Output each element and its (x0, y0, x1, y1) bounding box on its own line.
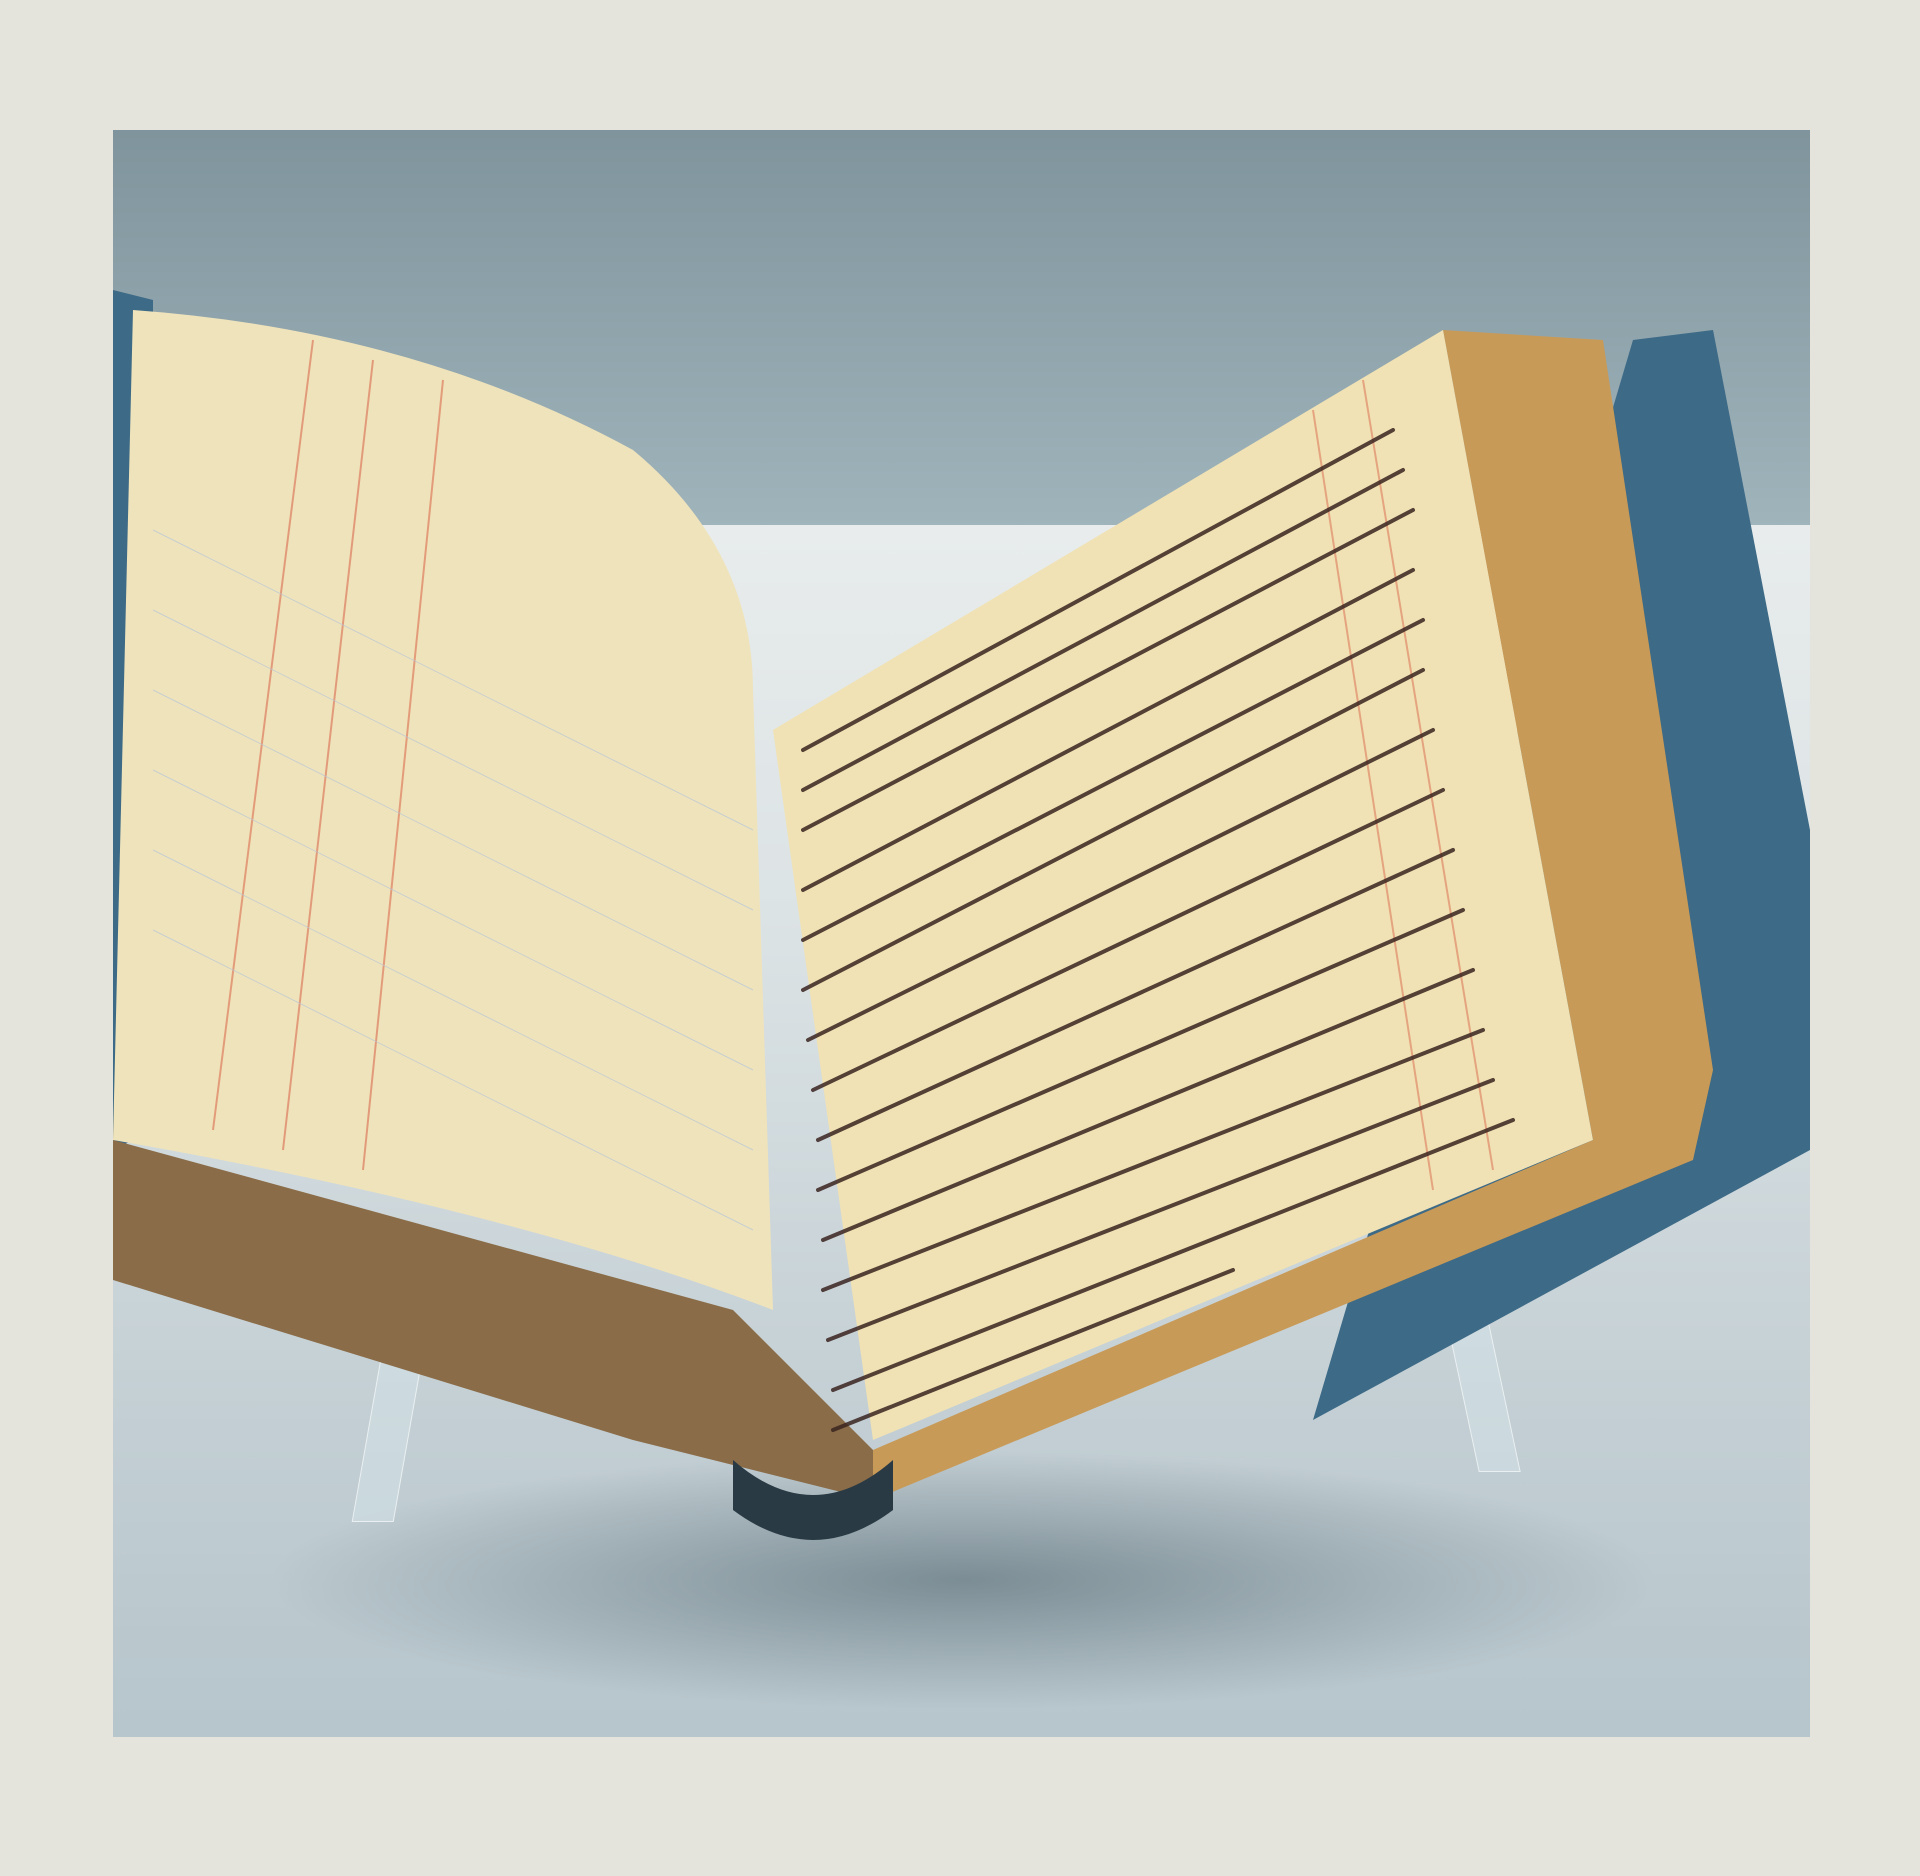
open-notebook (113, 130, 1810, 1737)
left-page (113, 310, 773, 1310)
photo (113, 130, 1810, 1737)
